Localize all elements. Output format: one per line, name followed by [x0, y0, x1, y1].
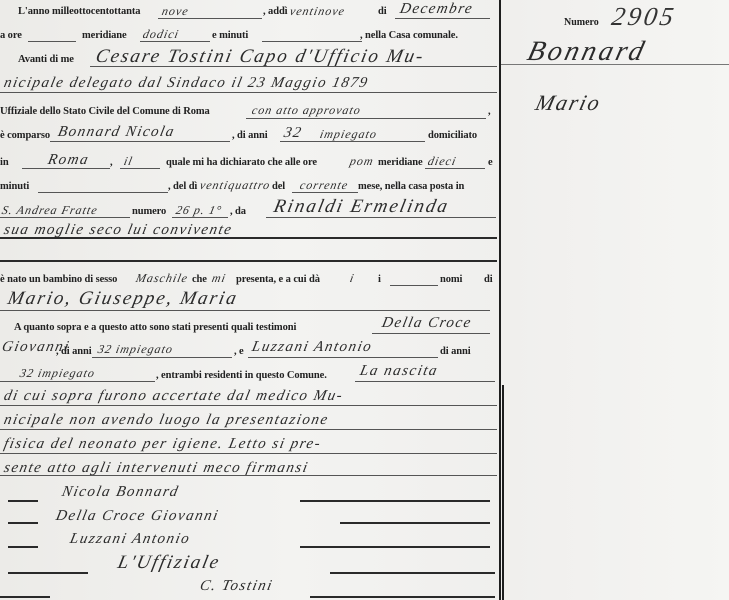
printed-text: ,: [488, 106, 491, 117]
signature-official: C. Tostini: [198, 578, 274, 595]
printed-text: domiciliato: [428, 130, 477, 141]
handwritten-text: 32 impiegato: [96, 342, 174, 357]
handwritten-text: pom: [348, 154, 375, 169]
margin-given-name: Mario: [533, 90, 604, 116]
handwritten-text: corrente: [298, 178, 349, 193]
margin-rule: [501, 64, 729, 65]
handwritten-text: La nascita: [358, 363, 440, 380]
printed-text: minuti: [0, 181, 29, 192]
record-number-label: Numero: [564, 17, 599, 28]
column-divider: [499, 0, 501, 600]
handwritten-street: S. Andrea Fratte: [0, 203, 99, 218]
handwritten-declarant: Bonnard Nicola: [56, 124, 176, 141]
handwritten-text: di cui sopra furono accertate dal medico…: [2, 388, 345, 405]
printed-text: , entrambi residenti in questo Comune.: [156, 370, 327, 381]
handwritten-sex: Maschile: [134, 271, 189, 286]
signature-declarant: Nicola Bonnard: [60, 484, 180, 501]
signature-witness-2: Luzzani Antonio: [68, 531, 192, 548]
printed-text: di: [484, 274, 493, 285]
printed-text: , di anni: [232, 130, 268, 141]
handwritten-text: il: [122, 154, 134, 169]
signature-official-title: L'Uffiziale: [116, 552, 223, 574]
printed-text: Avanti di me: [18, 54, 74, 65]
handwritten-day: ventinove: [288, 4, 346, 19]
signature-witness-1: Della Croce Giovanni: [54, 508, 220, 525]
printed-text: A quanto sopra e a questo atto sono stat…: [14, 322, 296, 333]
printed-text: , da: [230, 206, 246, 217]
handwritten-mother: Rinaldi Ermelinda: [272, 196, 452, 218]
handwritten-text: fisica del neonato per igiene. Letto si …: [2, 436, 323, 453]
printed-text: , del dì: [168, 181, 197, 192]
record-number: 2905: [609, 2, 678, 32]
handwritten-text: con atto approvato: [250, 103, 362, 118]
printed-text: , addì: [263, 6, 288, 17]
handwritten-day: ventiquattro: [198, 178, 271, 193]
handwritten-text: 32 impiegato: [18, 366, 96, 381]
printed-text: in: [0, 157, 9, 168]
printed-text: meridiane: [82, 30, 127, 41]
column-divider-lower: [502, 385, 504, 600]
printed-text: nomi: [440, 274, 462, 285]
printed-text: che: [192, 274, 207, 285]
printed-text: è nato un bambino di sesso: [0, 274, 117, 285]
handwritten-officer: Cesare Tostini Capo d'Ufficio Mu-: [94, 46, 427, 68]
printed-text: di anni: [440, 346, 471, 357]
printed-text: L'anno milleottocentottanta: [18, 6, 140, 17]
printed-text: ,: [110, 157, 113, 168]
handwritten-hour: dodici: [141, 27, 180, 42]
printed-text: mese, nella casa posta in: [358, 181, 464, 192]
printed-text: , di anni: [56, 346, 92, 357]
printed-text: è comparso: [0, 130, 50, 141]
handwritten-child-names: Mario, Giuseppe, Maria: [6, 288, 240, 310]
printed-text: , e: [234, 346, 244, 357]
printed-text: presenta, e a cui dà: [236, 274, 320, 285]
handwritten-text: nicipale non avendo luogo la presentazio…: [2, 412, 330, 429]
printed-text: i: [378, 274, 381, 285]
handwritten-month: Decembre: [398, 1, 475, 18]
handwritten-occupation: impiegato: [318, 127, 378, 142]
printed-text: , nella Casa comunale.: [360, 30, 458, 41]
handwritten-city: Roma: [46, 152, 91, 169]
handwritten-text: i: [348, 271, 356, 286]
birth-record-page: Numero 2905 Bonnard Mario L'anno milleot…: [0, 0, 729, 600]
printed-text: del: [272, 181, 285, 192]
handwritten-number: 26 p. 1°: [174, 203, 223, 218]
printed-text: meridiane: [378, 157, 423, 168]
printed-text: a ore: [0, 30, 22, 41]
printed-text: e: [488, 157, 493, 168]
printed-text: numero: [132, 206, 166, 217]
printed-text: di: [378, 6, 387, 17]
handwritten-witness-1: Della Croce: [380, 315, 473, 332]
handwritten-witness-2: Luzzani Antonio: [250, 339, 374, 356]
handwritten-age: 32: [282, 125, 304, 142]
handwritten-hour: dieci: [426, 154, 458, 169]
printed-text: e minuti: [212, 30, 248, 41]
printed-text: quale mi ha dichiarato che alle ore: [166, 157, 317, 168]
handwritten-year: nove: [160, 4, 190, 19]
handwritten-text: nicipale delegato dal Sindaco il 23 Magg…: [2, 75, 370, 92]
handwritten-text: mi: [210, 271, 227, 286]
printed-text: Uffiziale dello Stato Civile del Comune …: [0, 106, 210, 117]
